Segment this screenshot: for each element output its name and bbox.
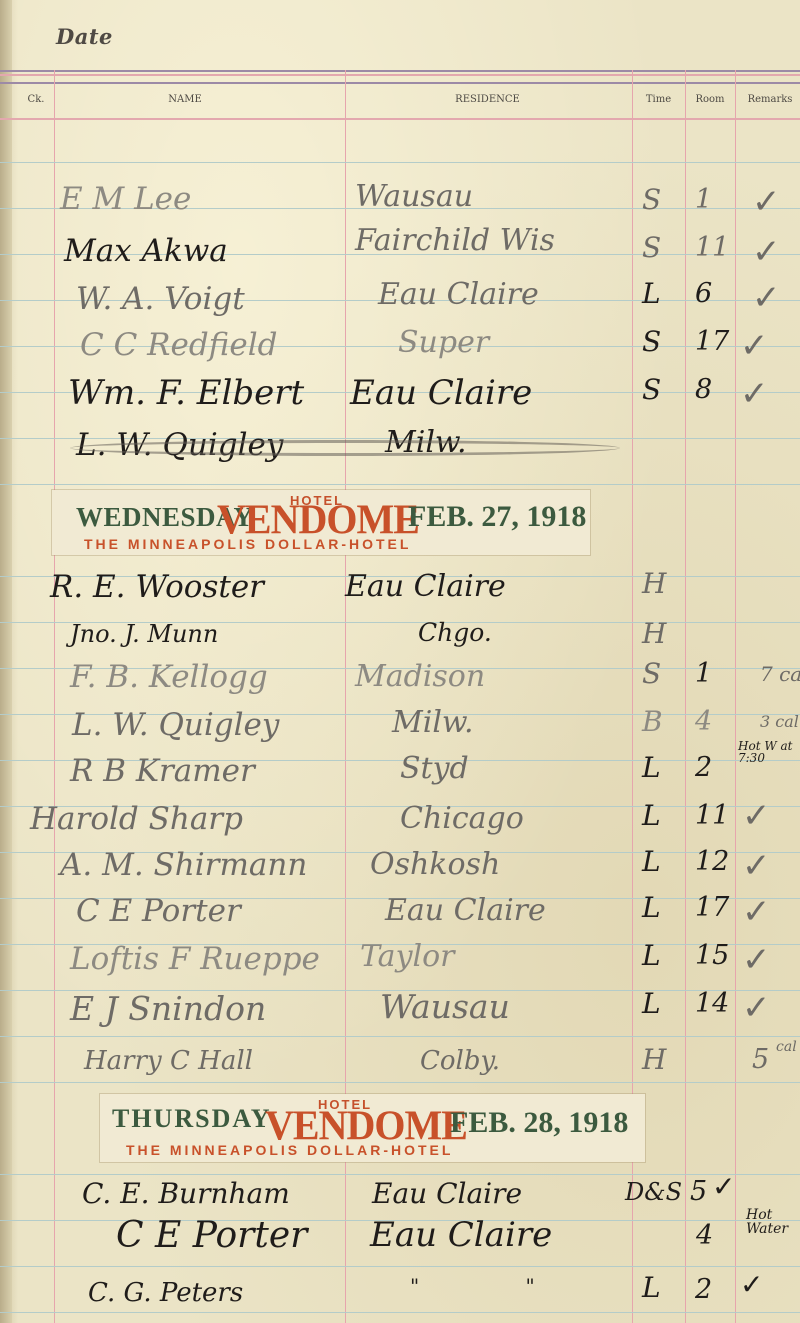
guest-residence: Chicago bbox=[400, 804, 524, 834]
guest-residence: Eau Claire bbox=[345, 572, 506, 602]
room-number: 17 bbox=[695, 328, 729, 355]
header-rule-pink-1 bbox=[0, 74, 800, 76]
register-entry: W. A. Voigt Eau Claire L 6 ✓ bbox=[0, 278, 800, 322]
guest-name: Jno. J. Munn bbox=[70, 622, 218, 646]
arrival-time: L bbox=[642, 990, 661, 1018]
remark-note: 3 cal bbox=[760, 714, 799, 730]
guest-residence: Eau Claire bbox=[385, 896, 546, 926]
date-heading: Date bbox=[56, 24, 113, 49]
arrival-time: L bbox=[642, 1274, 661, 1302]
room-number: 12 bbox=[695, 848, 729, 875]
stamp-date: FEB. 27, 1918 bbox=[408, 500, 586, 534]
stamp-tagline: THE MINNEAPOLIS DOLLAR-HOTEL bbox=[126, 1142, 453, 1158]
header-rule-top bbox=[0, 70, 800, 72]
register-entry: Jno. J. Munn Chgo. H bbox=[0, 614, 800, 658]
guest-residence: Taylor bbox=[360, 942, 455, 972]
checkmark-icon: ✓ bbox=[740, 1268, 763, 1301]
arrival-time: L bbox=[642, 280, 661, 308]
checkmark-icon: ✓ bbox=[752, 182, 781, 222]
ruled-line bbox=[0, 1174, 800, 1175]
guest-name: F. B. Kellogg bbox=[70, 662, 268, 693]
guest-name: E J Snindon bbox=[70, 992, 266, 1025]
room-number: 17 bbox=[695, 894, 729, 921]
guest-residence: Oshkosh bbox=[370, 850, 500, 880]
checkmark-icon: ✓ bbox=[742, 796, 771, 836]
remark-note: Hot W at 7:30 bbox=[738, 740, 800, 764]
arrival-time: B bbox=[642, 708, 663, 736]
guest-name: R. E. Wooster bbox=[50, 572, 264, 603]
arrival-time: L bbox=[642, 848, 661, 876]
remark-note: Hot Water bbox=[746, 1208, 796, 1236]
guest-residence: Fairchild Wis bbox=[355, 226, 555, 256]
guest-name: Max Akwa bbox=[64, 236, 228, 267]
register-entry: C. E. Burnham Eau Claire D&S 5 ✓ bbox=[0, 1176, 800, 1220]
room-number: 5 bbox=[690, 1178, 707, 1205]
guest-name: A. M. Shirmann bbox=[60, 850, 307, 881]
guest-name: L. W. Quigley bbox=[72, 710, 279, 741]
checkmark-icon: ✓ bbox=[740, 374, 769, 414]
stamp-date: FEB. 28, 1918 bbox=[450, 1106, 628, 1140]
room-number: 2 bbox=[695, 1276, 712, 1303]
register-entry: Loftis F Rueppe Taylor L 15 ✓ bbox=[0, 940, 800, 984]
arrival-time: D&S bbox=[625, 1180, 682, 1204]
register-entry: Max Akwa Fairchild Wis S 11 ✓ bbox=[0, 232, 800, 276]
checkmark-icon: ✓ bbox=[752, 278, 781, 318]
hotel-date-stamp: THURSDAY HOTEL VENDOME FEB. 28, 1918 THE… bbox=[100, 1094, 645, 1162]
checkmark-icon: ✓ bbox=[752, 232, 781, 272]
room-number: 15 bbox=[695, 942, 729, 969]
guest-residence: Eau Claire bbox=[378, 280, 539, 310]
room-number: 4 bbox=[696, 1222, 713, 1249]
guest-residence: Milw. bbox=[392, 708, 474, 738]
checkmark-icon: ✓ bbox=[742, 940, 771, 980]
arrival-time: L bbox=[642, 894, 661, 922]
guest-residence: Wausau bbox=[355, 182, 473, 212]
room-number: 11 bbox=[695, 234, 729, 261]
register-entry: C C Redfield Super S 17 ✓ bbox=[0, 326, 800, 370]
checkmark-icon: ✓ bbox=[740, 326, 769, 366]
guest-residence: Madison bbox=[355, 662, 485, 692]
room-number: 4 bbox=[695, 708, 712, 735]
column-header-remarks: Remarks bbox=[735, 94, 800, 105]
stamp-tagline: THE MINNEAPOLIS DOLLAR-HOTEL bbox=[84, 536, 411, 552]
room-number: 5 bbox=[752, 1046, 769, 1073]
remark-note: 7 cal bbox=[760, 664, 800, 684]
arrival-time: S bbox=[642, 376, 661, 404]
arrival-time: S bbox=[642, 328, 661, 356]
column-header-name: NAME bbox=[55, 94, 315, 105]
strikethrough-mark bbox=[70, 440, 620, 456]
room-number: 1 bbox=[695, 660, 712, 687]
guest-residence: Styd bbox=[400, 754, 469, 784]
register-entry: C. G. Peters " " L 2 ✓ bbox=[0, 1272, 800, 1316]
guest-residence: Eau Claire bbox=[350, 376, 532, 410]
guest-name: W. A. Voigt bbox=[76, 284, 245, 315]
register-entry: R. E. Wooster Eau Claire H bbox=[0, 566, 800, 610]
arrival-time: S bbox=[642, 234, 661, 262]
guest-name: C E Porter bbox=[116, 1218, 307, 1254]
ruled-line bbox=[0, 484, 800, 485]
ruled-line bbox=[0, 1036, 800, 1037]
checkmark-icon: ✓ bbox=[712, 1170, 735, 1203]
room-number: 1 bbox=[695, 186, 712, 213]
column-header-ck: Ck. bbox=[18, 94, 54, 105]
arrival-time: S bbox=[642, 186, 661, 214]
guest-residence: Wausau bbox=[380, 990, 510, 1023]
guest-residence: Chgo. bbox=[418, 620, 492, 645]
hotel-date-stamp: WEDNESDAY HOTEL VENDOME FEB. 27, 1918 TH… bbox=[52, 490, 590, 555]
guest-name: Wm. F. Elbert bbox=[68, 376, 304, 410]
arrival-time: L bbox=[642, 754, 661, 782]
ruled-line bbox=[0, 162, 800, 163]
register-entry: F. B. Kellogg Madison S 1 7 cal bbox=[0, 658, 800, 702]
arrival-time: S bbox=[642, 660, 661, 688]
guest-name: E M Lee bbox=[60, 184, 191, 215]
guest-residence: Super bbox=[398, 328, 489, 358]
register-entry: E J Snindon Wausau L 14 ✓ bbox=[0, 988, 800, 1032]
header-rule-second bbox=[0, 82, 800, 84]
guest-name: Loftis F Rueppe bbox=[70, 944, 320, 975]
guest-name: Harry C Hall bbox=[84, 1048, 253, 1074]
guest-name: C C Redfield bbox=[80, 330, 277, 361]
arrival-time: L bbox=[642, 942, 661, 970]
arrival-time: H bbox=[642, 570, 666, 598]
register-entry: Harry C Hall Colby. H 5 cal bbox=[0, 1040, 800, 1084]
column-header-residence: RESIDENCE bbox=[345, 94, 630, 105]
guest-name: Harold Sharp bbox=[30, 804, 243, 835]
arrival-time: H bbox=[642, 620, 666, 648]
room-number: 6 bbox=[695, 280, 712, 307]
room-number: 2 bbox=[695, 754, 712, 781]
guest-residence: Colby. bbox=[420, 1048, 500, 1074]
header-rule-bottom bbox=[0, 118, 800, 120]
checkmark-icon: ✓ bbox=[742, 846, 771, 886]
register-entry: R B Kramer Styd L 2 Hot W at 7:30 bbox=[0, 752, 800, 796]
register-entry: C E Porter Eau Claire 4 Hot Water bbox=[0, 1218, 800, 1262]
remark-note: cal bbox=[776, 1040, 797, 1054]
guest-name: C. G. Peters bbox=[88, 1280, 243, 1306]
column-header-time: Time bbox=[632, 94, 685, 105]
guest-residence: Eau Claire bbox=[372, 1180, 522, 1208]
register-entry: Wm. F. Elbert Eau Claire S 8 ✓ bbox=[0, 372, 800, 416]
column-header-room: Room bbox=[685, 94, 735, 105]
room-number: 8 bbox=[695, 376, 712, 403]
ledger-page: Date Ck. NAME RESIDENCE Time Room Remark… bbox=[0, 0, 800, 1323]
register-entry: L. W. Quigley Milw. B 4 3 cal bbox=[0, 706, 800, 750]
stamp-weekday: THURSDAY bbox=[112, 1104, 272, 1134]
checkmark-icon: ✓ bbox=[742, 988, 771, 1028]
guest-residence: " " bbox=[410, 1276, 585, 1296]
guest-residence: Eau Claire bbox=[370, 1218, 552, 1252]
room-number: 11 bbox=[695, 802, 729, 829]
guest-name: C. E. Burnham bbox=[82, 1180, 290, 1208]
room-number: 14 bbox=[695, 990, 729, 1017]
register-entry: C E Porter Eau Claire L 17 ✓ bbox=[0, 892, 800, 936]
checkmark-icon: ✓ bbox=[742, 892, 771, 932]
ruled-line bbox=[0, 1266, 800, 1267]
register-entry: E M Lee Wausau S 1 ✓ bbox=[0, 180, 800, 224]
arrival-time: L bbox=[642, 802, 661, 830]
guest-name: R B Kramer bbox=[70, 756, 255, 787]
register-entry: A. M. Shirmann Oshkosh L 12 ✓ bbox=[0, 846, 800, 890]
guest-name: C E Porter bbox=[76, 896, 241, 927]
arrival-time: H bbox=[642, 1046, 666, 1074]
register-entry: Harold Sharp Chicago L 11 ✓ bbox=[0, 800, 800, 844]
